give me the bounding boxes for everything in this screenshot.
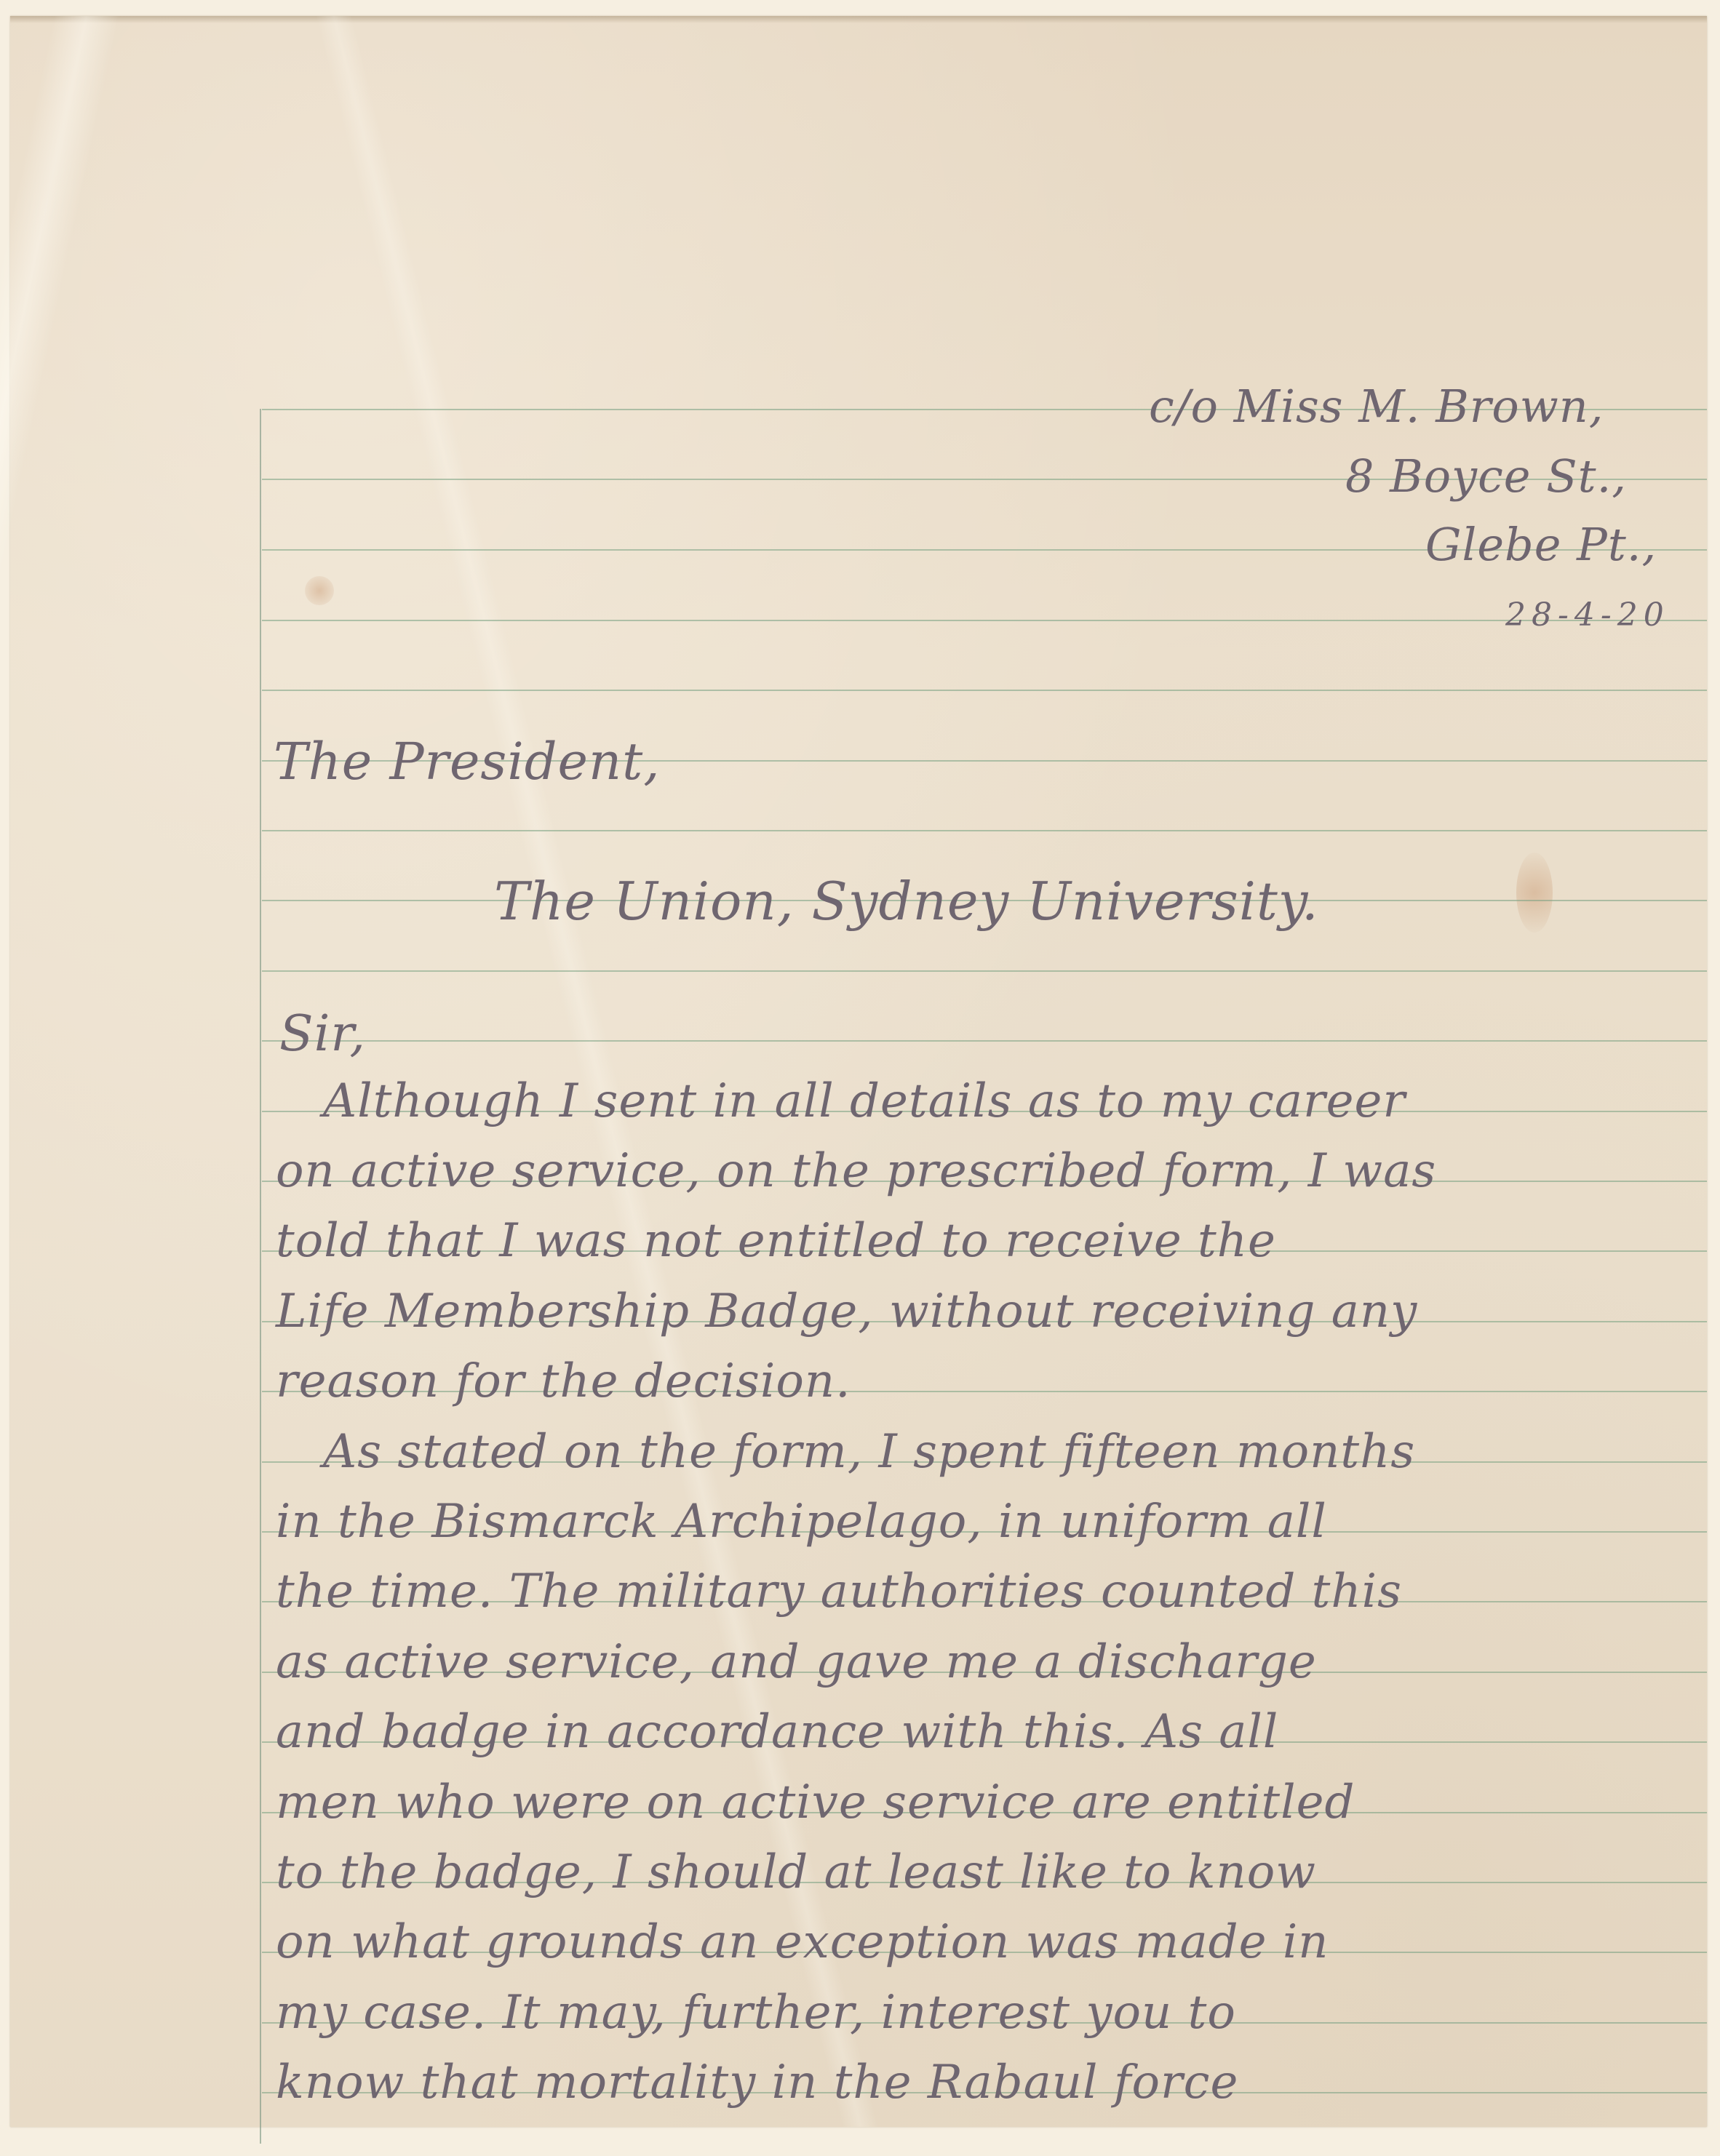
foxing-stain <box>305 576 334 605</box>
left-margin-rule <box>260 409 261 2144</box>
recipient-title: The President, <box>274 732 660 791</box>
ruled-line <box>262 970 1707 972</box>
address-line-2: 8 Boyce St., <box>1345 450 1627 503</box>
paper-crease <box>0 16 119 2127</box>
body-line: told that I was not entitled to receive … <box>276 1214 1276 1268</box>
letter-page: c/o Miss M. Brown, 8 Boyce St., Glebe Pt… <box>10 16 1707 2127</box>
foxing-stain <box>1516 853 1553 933</box>
address-line-1: c/o Miss M. Brown, <box>1149 380 1604 433</box>
body-line: in the Bismarck Archipelago, in uniform … <box>276 1495 1327 1549</box>
recipient-organization: The Union, Sydney University. <box>494 871 1319 932</box>
ruled-line <box>262 620 1707 621</box>
address-line-3: Glebe Pt., <box>1425 518 1657 571</box>
body-line: the time. The military authorities count… <box>276 1565 1402 1618</box>
body-line: Although I sent in all details as to my … <box>323 1074 1406 1128</box>
ruled-line <box>262 830 1707 831</box>
ruled-line <box>262 1040 1707 1042</box>
body-line: As stated on the form, I spent fifteen m… <box>323 1425 1415 1479</box>
body-line: on active service, on the prescribed for… <box>276 1144 1436 1198</box>
salutation: Sir, <box>279 1005 366 1063</box>
body-line: my case. It may, further, interest you t… <box>276 1986 1236 2040</box>
ruled-line <box>262 690 1707 691</box>
body-line: know that mortality in the Rabaul force <box>276 2056 1238 2109</box>
torn-top-edge <box>10 16 1707 23</box>
letter-date: 28-4-20 <box>1505 596 1670 634</box>
body-line: on what grounds an exception was made in <box>276 1915 1329 1969</box>
body-line: and badge in accordance with this. As al… <box>276 1705 1278 1759</box>
body-line: men who were on active service are entit… <box>276 1776 1355 1829</box>
body-line: to the badge, I should at least like to … <box>276 1845 1316 1899</box>
body-line: as active service, and gave me a dischar… <box>276 1635 1317 1689</box>
body-line: reason for the decision. <box>276 1354 851 1408</box>
body-line: Life Membership Badge, without receiving… <box>276 1285 1417 1338</box>
